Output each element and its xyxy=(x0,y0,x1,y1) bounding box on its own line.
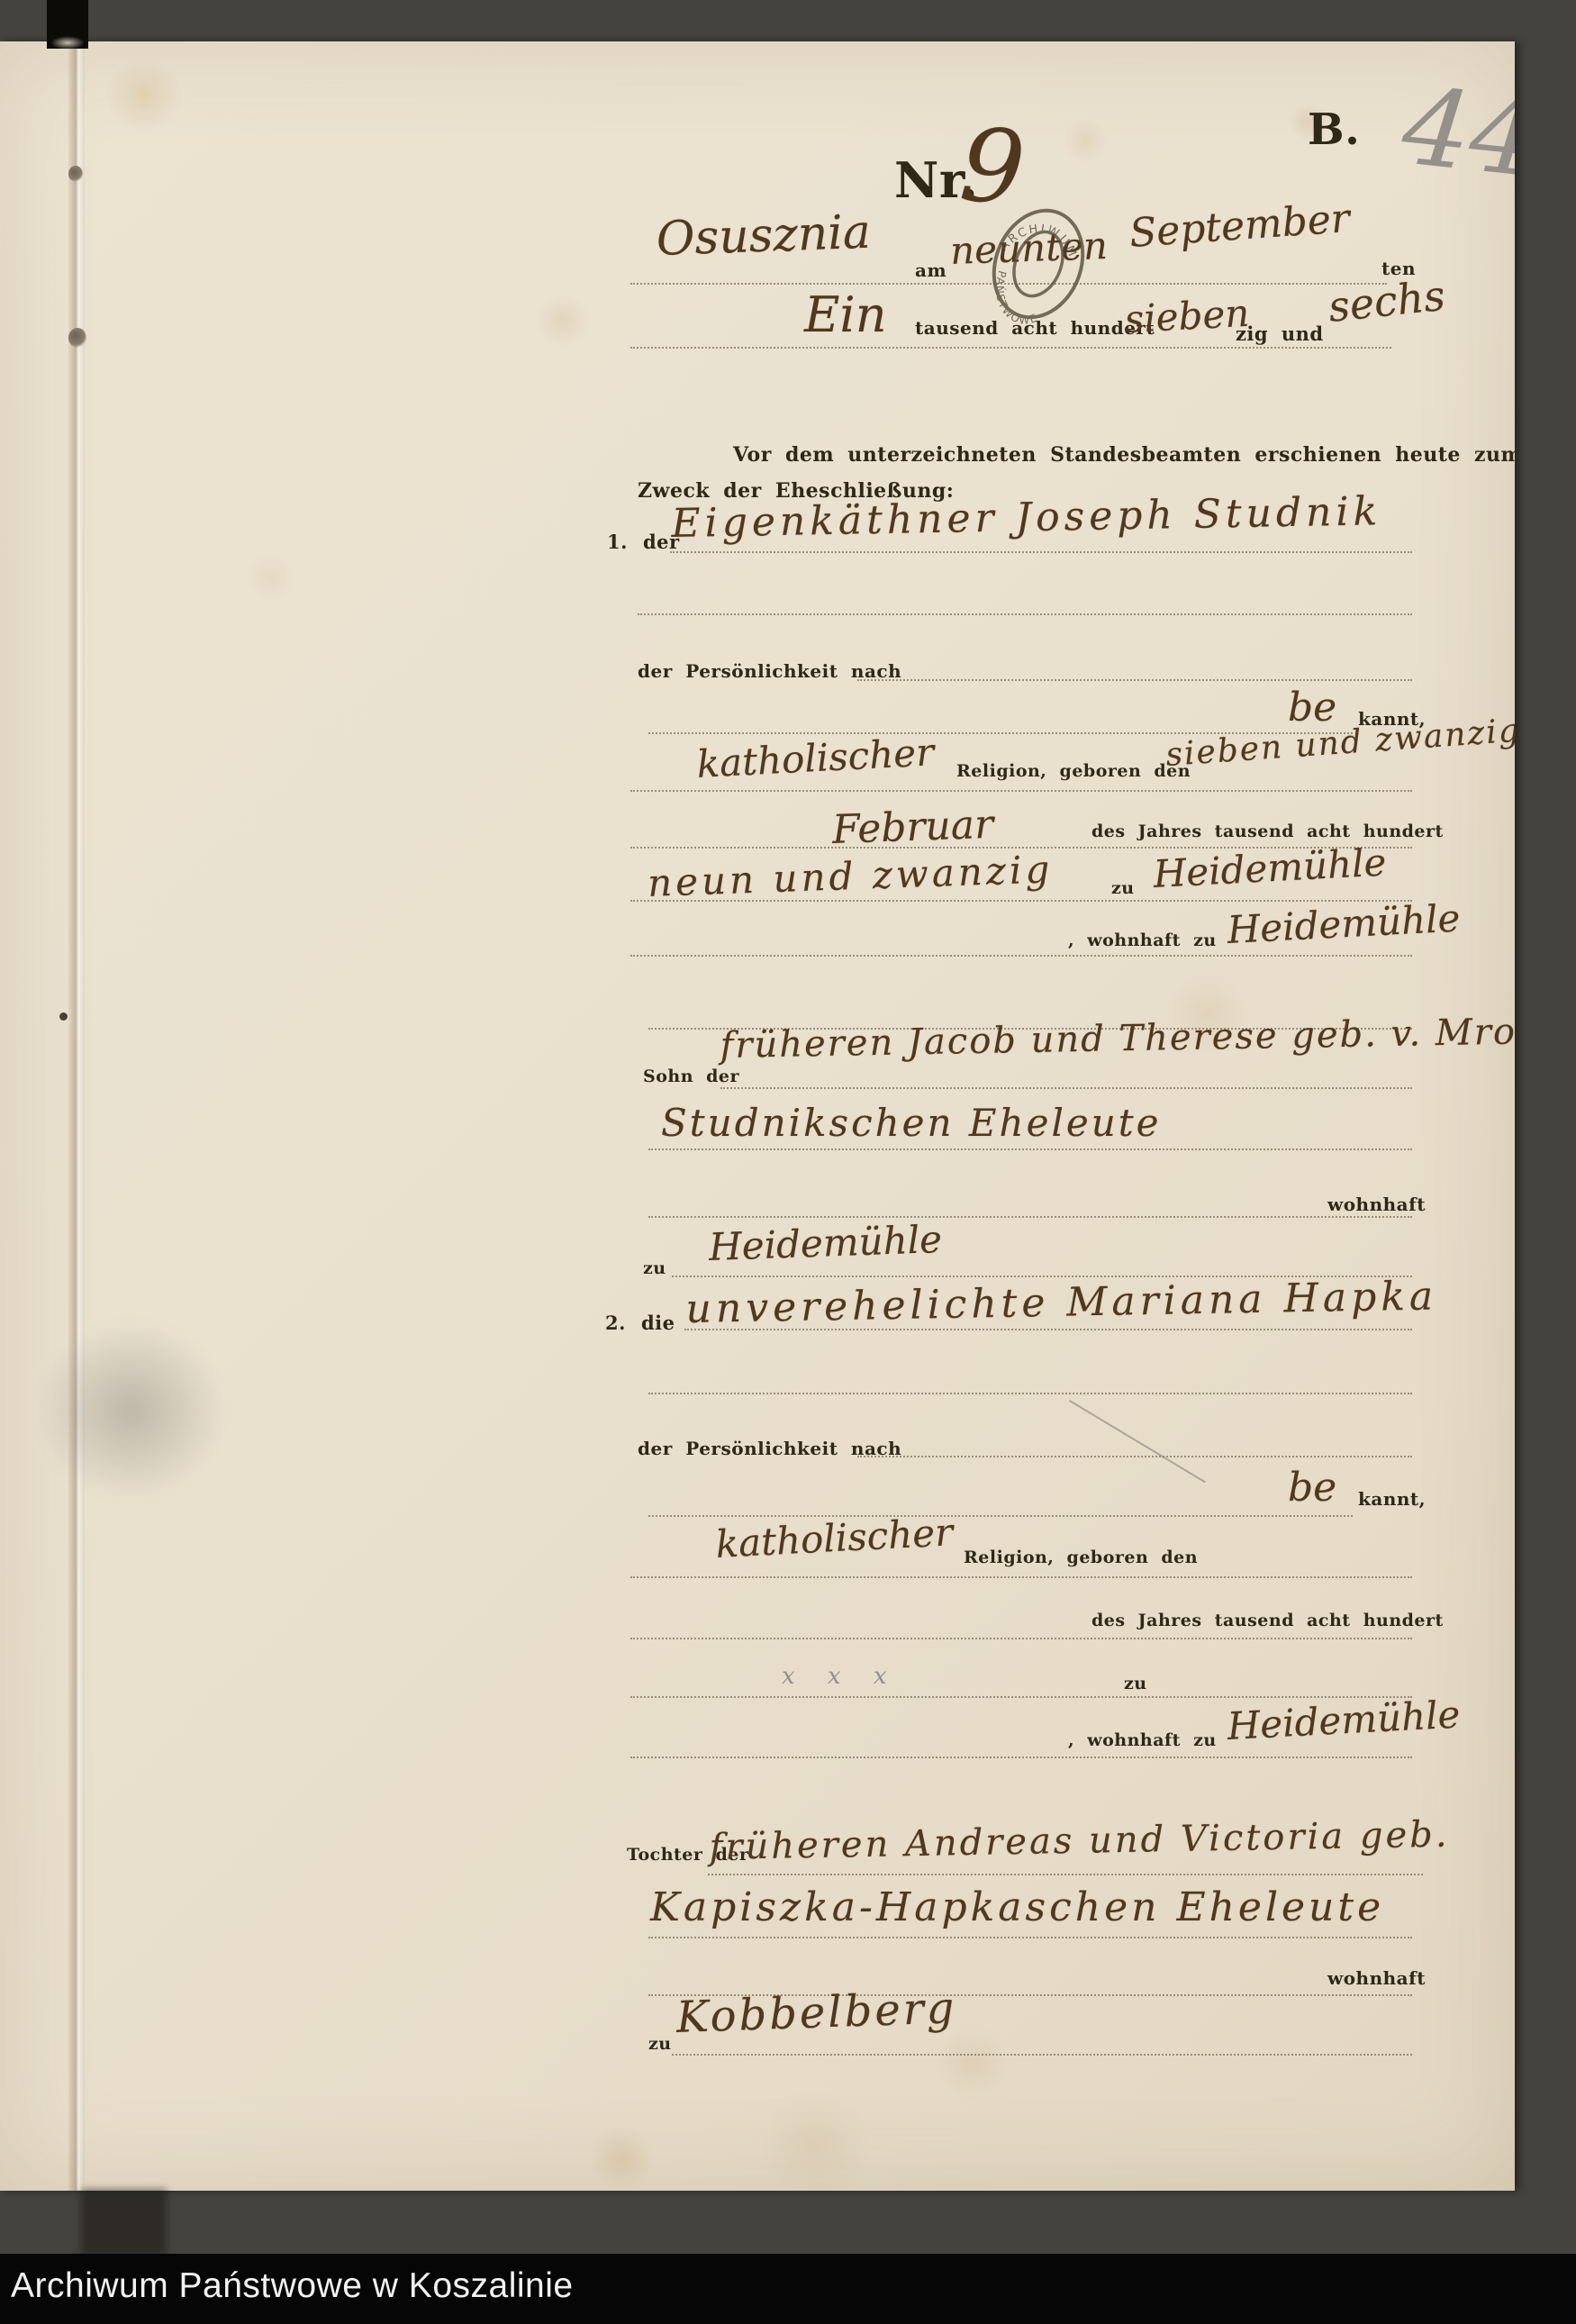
document-page: Nr. 9 B. 44 ARCHIWUM PAŃSTWOWE Osusznia xyxy=(0,41,1515,2191)
bride-parents-line2-handwritten: Kapiszka-Hapkaschen Eheleute xyxy=(650,1884,1384,1930)
bride-parents-line1-handwritten: früheren Andreas und Victoria geb. xyxy=(709,1814,1450,1868)
dotted-fill-line xyxy=(630,347,1391,349)
bride-religion-handwritten: katholischer xyxy=(714,1510,954,1566)
groom-birth-day-handwritten: sieben und zwanzigsten xyxy=(1164,707,1515,774)
dotted-fill-line xyxy=(857,679,1412,681)
ink-fleck xyxy=(59,1012,68,1021)
stamp-text-bottom: PAŃSTWOWE xyxy=(980,268,1053,333)
groom-residence-handwritten: Heidemühle xyxy=(1226,896,1461,952)
groom-zu-label: zu xyxy=(1111,878,1135,898)
bride-kannt-label: kannt, xyxy=(1358,1488,1426,1510)
groom-be-handwritten: be xyxy=(1288,685,1336,731)
dotted-fill-line xyxy=(630,1696,1412,1698)
dotted-fill-line xyxy=(630,955,1412,957)
groom-religion-handwritten: katholischer xyxy=(695,730,935,786)
dotted-fill-line xyxy=(630,790,1412,792)
binding-thread xyxy=(50,36,85,50)
archive-round-stamp: ARCHIWUM PAŃSTWOWE xyxy=(975,193,1101,335)
stamp-outer-ring xyxy=(979,197,1099,331)
groom-parents-line1-handwritten: früheren Jacob und Therese geb. v. Mroz xyxy=(720,1011,1515,1067)
bride-index: 2. xyxy=(605,1312,626,1334)
bride-residence-handwritten: Heidemühle xyxy=(1226,1693,1461,1748)
bride-zu-label: zu xyxy=(1124,1674,1147,1693)
archive-caption-text: Archiwum Państwowe w Koszalinie xyxy=(11,2266,574,2306)
bride-person-label: der Persönlichkeit nach xyxy=(638,1438,901,1459)
bride-jahres-label: des Jahres tausend acht hundert xyxy=(1091,1611,1444,1630)
dotted-fill-line xyxy=(670,551,1412,553)
dotted-fill-line xyxy=(672,2054,1412,2056)
month-handwritten: September xyxy=(1128,195,1351,257)
bride-name-handwritten: unverehelichte Mariana Hapka xyxy=(685,1273,1437,1332)
groom-wohnhaft-zu-label: , wohnhaft zu xyxy=(1068,931,1217,950)
bride-religion-label: Religion, geboren den xyxy=(964,1548,1198,1567)
dotted-fill-line xyxy=(648,1216,1412,1218)
bride-article: die xyxy=(641,1312,675,1334)
form-letter: B. xyxy=(1308,104,1360,155)
year-unit-handwritten: sechs xyxy=(1326,271,1447,331)
stamp-text-top: ARCHIWUM xyxy=(996,208,1087,279)
groom-index: 1. xyxy=(607,531,628,553)
dotted-fill-line xyxy=(638,613,1412,615)
year-word1-handwritten: Ein xyxy=(804,286,886,343)
groom-parents-residence-handwritten: Heidemühle xyxy=(708,1217,942,1269)
pencil-xxx-marks: x x x xyxy=(782,1663,900,1690)
groom-religion-label: Religion, geboren den xyxy=(956,761,1191,781)
dotted-fill-line xyxy=(648,1393,1412,1394)
am-label: am xyxy=(915,259,947,281)
binding-fold-seam xyxy=(68,41,85,2191)
svg-text:ARCHIWUM: ARCHIWUM xyxy=(996,208,1087,279)
bride-zu2-label: zu xyxy=(648,2034,672,2054)
archive-caption-bar: Archiwum Państwowe w Koszalinie xyxy=(0,2254,1576,2324)
dotted-fill-line xyxy=(630,1757,1412,1758)
pencil-folio-number: 44 xyxy=(1397,64,1515,202)
dotted-fill-line xyxy=(720,1087,1412,1089)
archival-scan: Nr. 9 B. 44 ARCHIWUM PAŃSTWOWE Osusznia xyxy=(0,0,1576,2324)
bride-be-handwritten: be xyxy=(1288,1465,1336,1511)
groom-sohn-label: Sohn der xyxy=(643,1067,739,1086)
bride-wohnhaft-label: wohnhaft xyxy=(1327,1967,1426,1989)
year-decade-handwritten: sieben xyxy=(1123,291,1250,341)
stitch-hole xyxy=(68,166,83,182)
scan-shadow xyxy=(81,2189,167,2256)
pencil-stroke xyxy=(1069,1400,1206,1483)
svg-text:PAŃSTWOWE: PAŃSTWOWE xyxy=(980,268,1053,333)
dotted-fill-line xyxy=(648,1515,1353,1517)
intro-line1: Vor dem unterzeichneten Standesbeamten e… xyxy=(733,443,1515,467)
groom-wohnhaft-label: wohnhaft xyxy=(1327,1194,1426,1215)
groom-birth-year-handwritten: neun und zwanzig xyxy=(647,847,1054,905)
bride-parents-residence-handwritten: Kobbelberg xyxy=(675,1983,957,2043)
place-handwritten: Osusznia xyxy=(656,205,872,267)
dotted-fill-line xyxy=(708,1874,1423,1875)
groom-jahres-label: des Jahres tausend acht hundert xyxy=(1091,822,1444,841)
dotted-fill-line xyxy=(630,1576,1412,1578)
dotted-fill-line xyxy=(630,1638,1412,1639)
groom-person-label: der Persönlichkeit nach xyxy=(638,660,901,682)
groom-zu2-label: zu xyxy=(643,1258,666,1278)
dotted-fill-line xyxy=(648,1937,1412,1938)
groom-parents-line2-handwritten: Studnikschen Eheleute xyxy=(661,1101,1162,1145)
bride-wohnhaft-zu-label: , wohnhaft zu xyxy=(1068,1730,1217,1750)
stitch-hole xyxy=(68,328,86,348)
groom-birth-month-handwritten: Februar xyxy=(831,802,994,853)
fingerprint-smudge xyxy=(36,1321,225,1501)
dotted-fill-line xyxy=(857,1456,1412,1457)
dotted-fill-line xyxy=(648,1148,1412,1150)
